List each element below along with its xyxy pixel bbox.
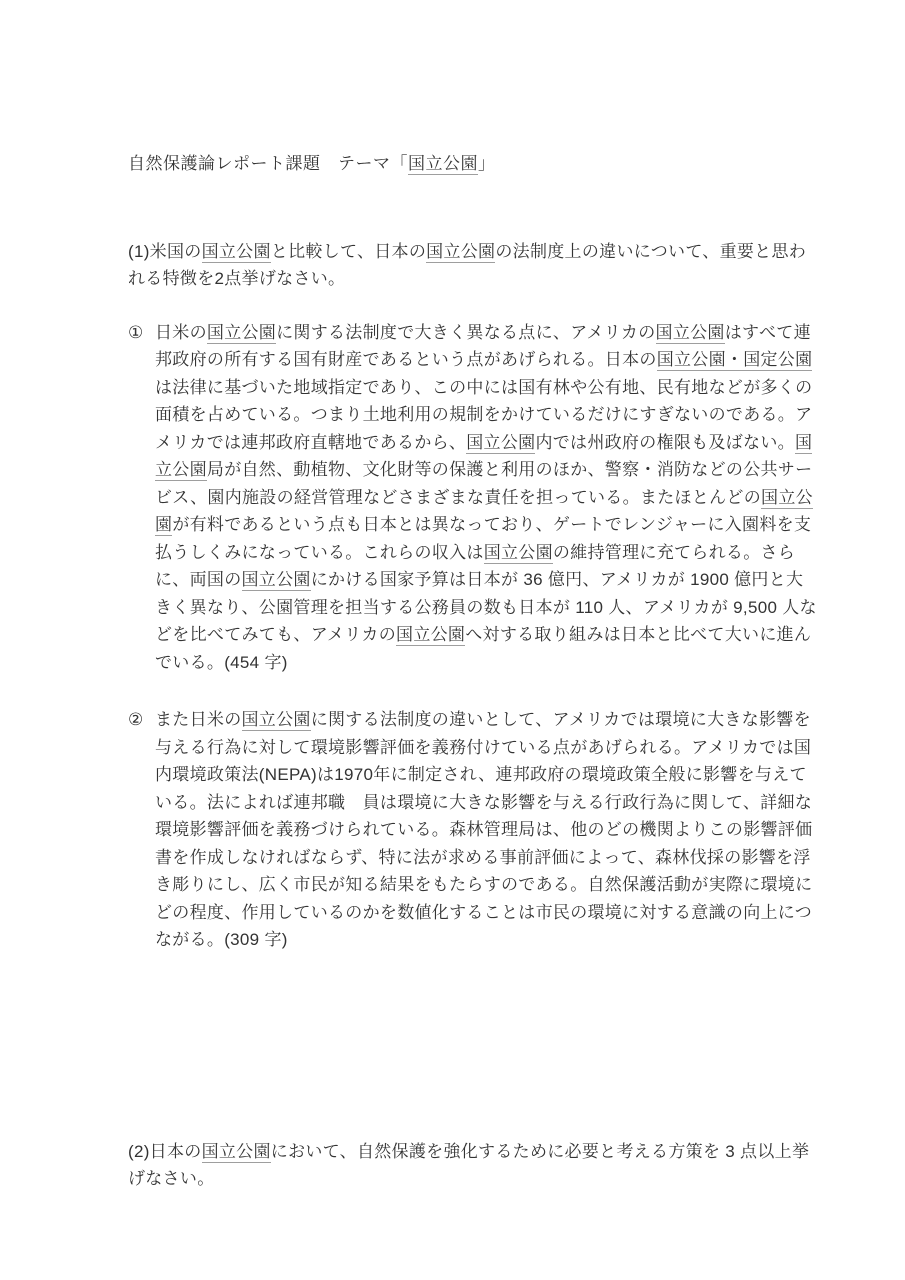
underlined-term: 国立公園 [202,1142,271,1163]
answer-1-marker: ① [128,319,155,347]
text-segment: に関する法制度で大きく異なる点に、アメリカの [276,323,655,342]
underlined-term: 国立公園・国定公園 [657,350,813,371]
page-title: 自然保護論レポート課題 テーマ「国立公園」 [128,150,819,178]
text-segment: (2)日本の [128,1142,202,1161]
text-segment: に関する法制度の違いとして、アメリカでは環境に大きな影響を与える行為に対して環境… [155,710,812,949]
underlined-term: 国立公園 [396,625,465,646]
text-segment: 内では州政府の権限も及ばない。 [535,433,795,452]
text-segment: また日米の [155,710,242,729]
text-segment: 」 [478,154,496,173]
underlined-term: 国立公園 [426,242,495,263]
underlined-term: 国立公園 [466,433,535,454]
answer-item-1: ① 日米の国立公園に関する法制度で大きく異なる点に、アメリカの国立公園はすべて連… [128,319,819,677]
answer-item-2: ② また日米の国立公園に関する法制度の違いとして、アメリカでは環境に大きな影響を… [128,706,819,954]
underlined-term: 国立公園 [207,323,276,344]
answer-2-text: また日米の国立公園に関する法制度の違いとして、アメリカでは環境に大きな影響を与え… [155,706,819,954]
underlined-term: 国立公園 [242,570,311,591]
underlined-term: 国立公園 [408,154,478,175]
document-page: 自然保護論レポート課題 テーマ「国立公園」 (1)米国の国立公園と比較して、日本… [0,0,905,1280]
underlined-term: 国立公園 [202,242,271,263]
question-2-prompt: (2)日本の国立公園において、自然保護を強化するために必要と考える方策を 3 点… [128,1138,819,1193]
text-segment: 日米の [155,323,207,342]
text-segment: と比較して、日本の [271,242,426,261]
underlined-term: 国立公園 [242,710,311,731]
answer-1-text: 日米の国立公園に関する法制度で大きく異なる点に、アメリカの国立公園はすべて連邦政… [155,319,819,677]
question-1-prompt: (1)米国の国立公園と比較して、日本の国立公園の法制度上の違いについて、重要と思… [128,238,819,293]
text-segment: 局が自然、動植物、文化財等の保護と利用のほか、警察・消防などの公共サービス、園内… [155,460,812,507]
underlined-term: 国立公園 [656,323,725,344]
text-segment: (1)米国の [128,242,202,261]
answer-2-marker: ② [128,706,155,734]
underlined-term: 国立公園 [484,543,553,564]
text-segment: 自然保護論レポート課題 テーマ「 [128,154,408,173]
